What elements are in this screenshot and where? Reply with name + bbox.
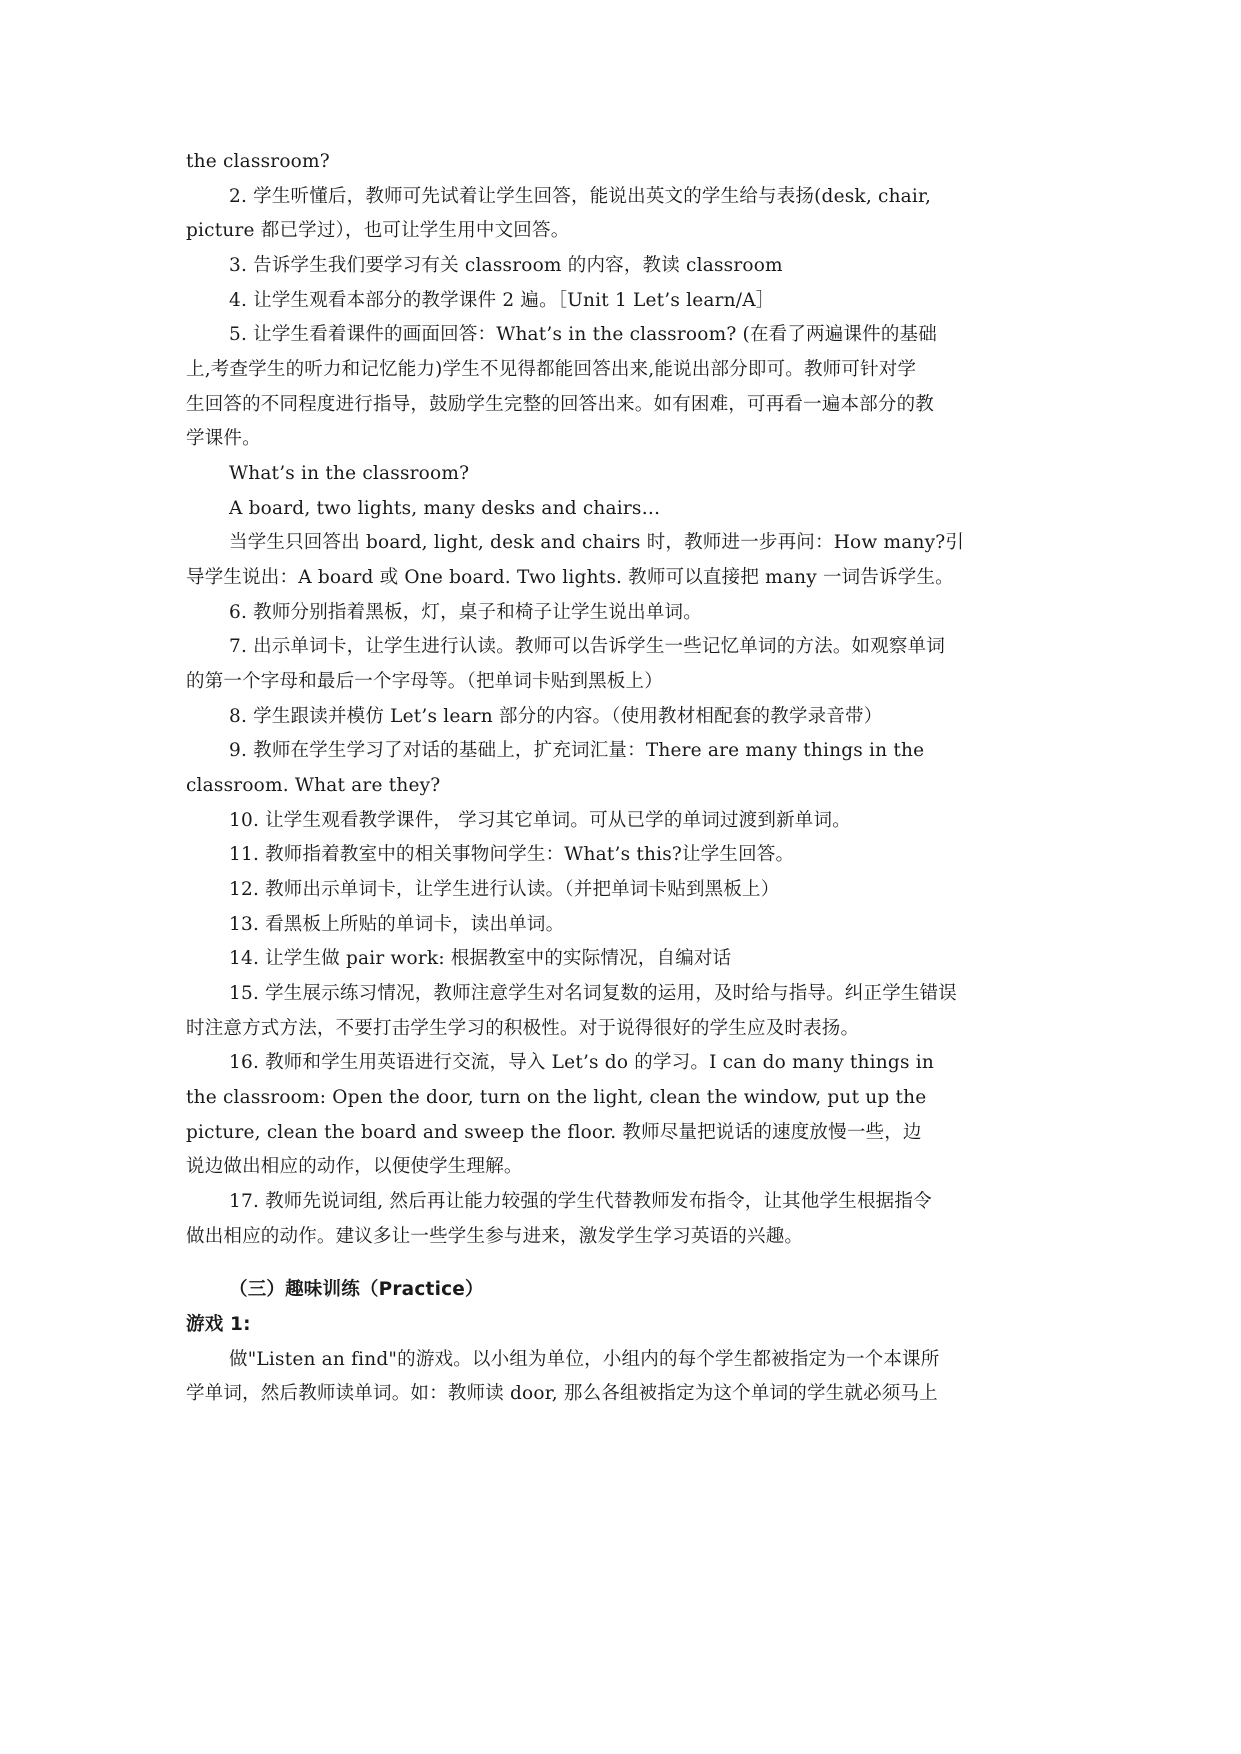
text-line: 4. 让学生观看本部分的教学课件 2 遍。［Unit 1 Let’s learn… [229,289,774,313]
text-line: 11. 教师指着教室中的相关事物问学生：What’s this?让学生回答。 [229,843,794,867]
text-line: A board, two lights, many desks and chai… [229,497,660,521]
text-line: picture 都已学过），也可让学生用中文回答。 [186,219,569,243]
text-line: 3. 告诉学生我们要学习有关 classroom 的内容，教读 classroo… [229,254,783,278]
text-line: 时注意方式方法，不要打击学生学习的积极性。对于说得很好的学生应及时表扬。 [186,1017,859,1041]
text-line: 生回答的不同程度进行指导，鼓励学生完整的回答出来。如有困难，可再看一遍本部分的教 [186,393,934,417]
text-line: What’s in the classroom? [229,462,469,486]
text-line: the classroom: Open the door, turn on th… [186,1086,926,1110]
text-line: 学单词，然后教师读单词。如：教师读 door, 那么各组被指定为这个单词的学生就… [186,1382,938,1406]
text-line: 说边做出相应的动作，以便使学生理解。 [186,1155,523,1179]
game-title: 游戏 1: [186,1313,251,1337]
text-line: 的第一个字母和最后一个字母等。（把单词卡贴到黑板上） [186,670,663,694]
text-line: 13. 看黑板上所贴的单词卡，读出单词。 [229,913,564,937]
text-line: 2. 学生听懂后，教师可先试着让学生回答，能说出英文的学生给与表扬(desk, … [229,185,931,209]
text-line: 当学生只回答出 board, light, desk and chairs 时，… [229,531,964,555]
text-line: 5. 让学生看着课件的画面回答：What’s in the classroom?… [229,323,937,347]
text-line: 8. 学生跟读并模仿 Let’s learn 部分的内容。（使用教材相配套的教学… [229,705,882,729]
text-line: 做"Listen an find"的游戏。以小组为单位，小组内的每个学生都被指定… [229,1348,939,1372]
text-line: 9. 教师在学生学习了对话的基础上，扩充词汇量：There are many t… [229,739,924,763]
text-line: 6. 教师分别指着黑板，灯，桌子和椅子让学生说出单词。 [229,601,702,625]
text-line: 17. 教师先说词组, 然后再让能力较强的学生代替教师发布指令，让其他学生根据指… [229,1190,932,1214]
text-line: 学课件。 [186,427,261,451]
text-line: 做出相应的动作。建议多让一些学生参与进来，激发学生学习英语的兴趣。 [186,1225,803,1249]
text-line: classroom. What are they? [186,774,440,798]
text-line: 14. 让学生做 pair work: 根据教室中的实际情况，自编对话 [229,947,731,971]
text-line: 10. 让学生观看教学课件， 学习其它单词。可从已学的单词过渡到新单词。 [229,809,851,833]
text-line: 15. 学生展示练习情况，教师注意学生对名词复数的运用，及时给与指导。纠正学生错… [229,982,957,1006]
text-line: 16. 教师和学生用英语进行交流，导入 Let’s do 的学习。I can d… [229,1051,934,1075]
text-line: picture, clean the board and sweep the f… [186,1121,922,1145]
section-heading: （三）趣味训练（Practice） [229,1278,484,1302]
text-line: 导学生说出：A board 或 One board. Two lights. 教… [186,566,954,590]
text-line: 上,考查学生的听力和记忆能力)学生不见得都能回答出来,能说出部分即可。教师可针对… [186,358,916,382]
text-line: 7. 出示单词卡，让学生进行认读。教师可以告诉学生一些记忆单词的方法。如观察单词 [229,635,945,659]
text-line: 12. 教师出示单词卡，让学生进行认读。（并把单词卡贴到黑板上） [229,878,779,902]
text-line: the classroom? [186,150,330,174]
